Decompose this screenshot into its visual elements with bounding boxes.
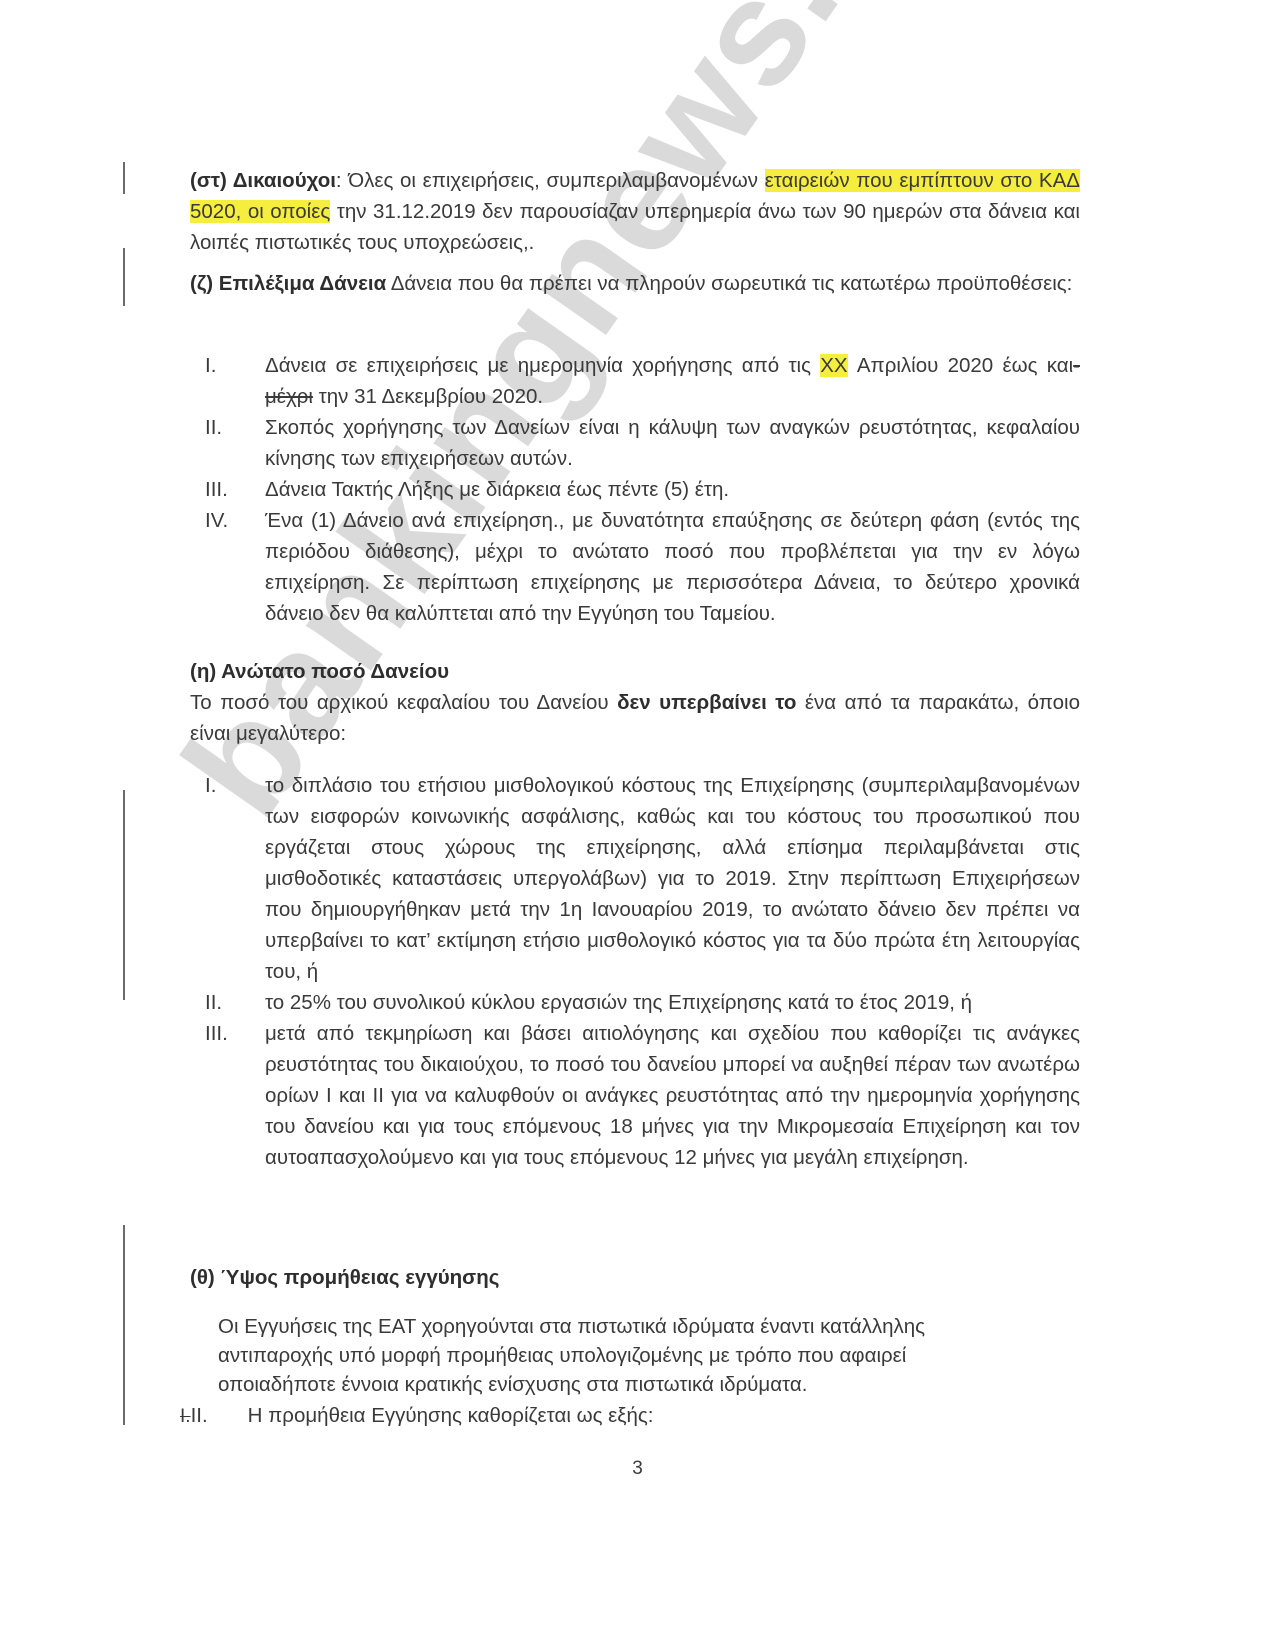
eligible-loans-list: I. Δάνεια σε επιχειρήσεις με ημερομηνία … <box>190 350 1080 629</box>
page-number: 3 <box>0 1458 1275 1480</box>
revision-bar <box>123 162 125 194</box>
section-heading: (η) Ανώτατο ποσό Δανείου <box>190 660 449 683</box>
section-fee-heading: (θ) Ύψος προμήθειας εγγύησης <box>190 1262 1080 1293</box>
highlighted-text: XX <box>820 354 847 377</box>
section-max-amount-heading: (η) Ανώτατο ποσό Δανείου <box>190 656 1080 687</box>
revision-bar <box>123 248 125 306</box>
list-item: III. μετά από τεκμηρίωση και βάσει αιτιο… <box>190 1018 1080 1173</box>
section-fee-item: I.II.Η προμήθεια Εγγύησης καθορίζεται ως… <box>180 1400 1070 1432</box>
section-max-amount-intro: Το ποσό του αρχικού κεφαλαίου του Δανείο… <box>190 687 1080 749</box>
deleted-number: I. <box>180 1406 191 1427</box>
revision-bar <box>123 790 125 1000</box>
section-eligible-loans: (ζ) Επιλέξιμα Δάνεια Δάνεια που θα πρέπε… <box>190 268 1080 299</box>
list-item: III. Δάνεια Τακτής Λήξης με διάρκεια έως… <box>190 474 1080 505</box>
document-page: bankingnews.gr (στ) Δικαιούχοι: Όλες οι … <box>0 0 1275 1650</box>
list-item: IV. Ένα (1) Δάνειο ανά επιχείρηση., με δ… <box>190 505 1080 629</box>
section-label: (ζ) Επιλέξιμα Δάνεια <box>190 272 386 295</box>
section-heading: (θ) Ύψος προμήθειας εγγύησης <box>190 1266 499 1289</box>
section-beneficiaries: (στ) Δικαιούχοι: Όλες οι επιχειρήσεις, σ… <box>190 165 1080 258</box>
section-label: (στ) Δικαιούχοι <box>190 169 336 192</box>
section-fee-paragraph: Οι Εγγυήσεις της ΕΑΤ χορηγούνται στα πισ… <box>218 1312 1018 1399</box>
revision-bar <box>123 1225 125 1425</box>
max-amount-list: I. το διπλάσιο του ετήσιου μισθολογικού … <box>190 770 1080 1173</box>
list-item: I. το διπλάσιο του ετήσιου μισθολογικού … <box>190 770 1080 987</box>
list-item: II. το 25% του συνολικού κύκλου εργασιών… <box>190 987 1080 1018</box>
list-item: II. Σκοπός χορήγησης των Δανείων είναι η… <box>190 412 1080 474</box>
list-item: I. Δάνεια σε επιχειρήσεις με ημερομηνία … <box>190 350 1080 412</box>
